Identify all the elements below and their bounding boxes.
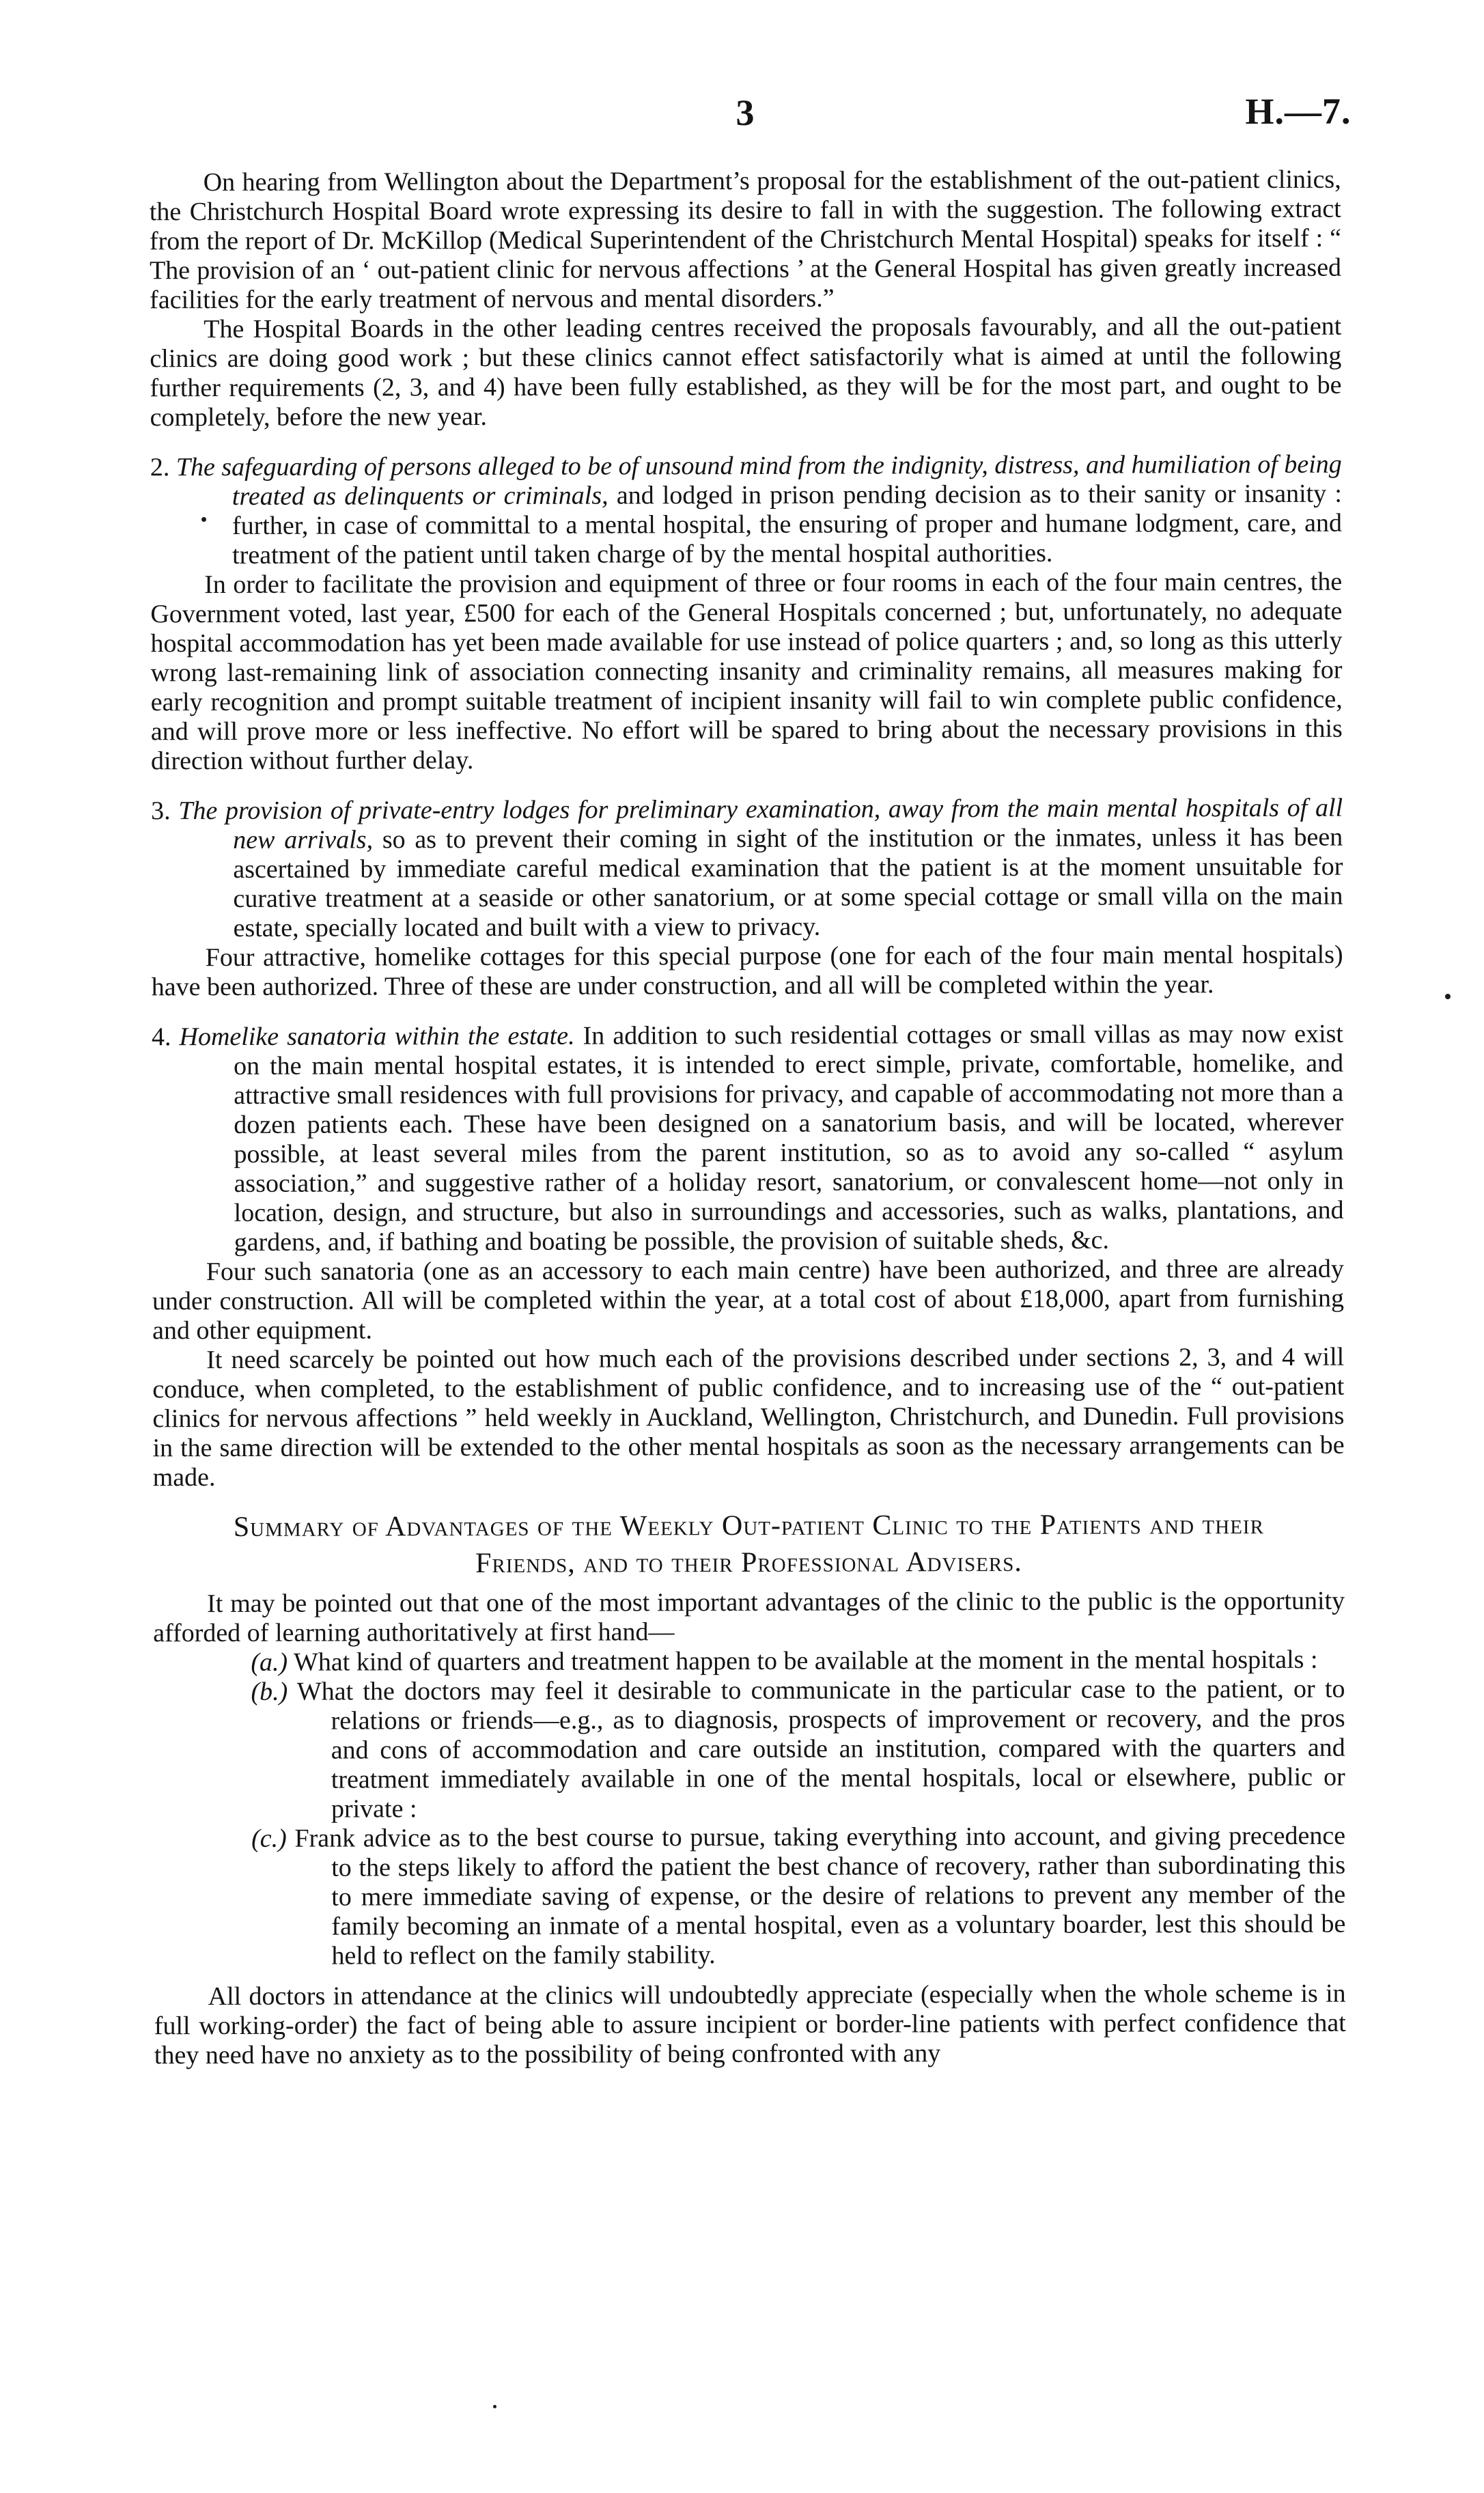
list-item-b: (b.) What the doctors may feel it desira… bbox=[153, 1675, 1345, 1825]
numbered-item-4: 4. Homelike sanatoria within the estate.… bbox=[152, 1020, 1344, 1258]
ink-speck bbox=[1445, 994, 1451, 999]
list-item-c: (c.) Frank advice as to the best course … bbox=[154, 1822, 1346, 1972]
list-item-b-marker: (b.) bbox=[251, 1677, 288, 1706]
list-item-b-text: What the doctors may feel it desirable t… bbox=[288, 1675, 1345, 1824]
paragraph-sanatoria: Four such sanatoria (one as an accessory… bbox=[152, 1255, 1344, 1346]
document-reference: H.—7. bbox=[1245, 92, 1351, 131]
paragraph-all-doctors: All doctors in attendance at the clinics… bbox=[154, 1979, 1346, 2071]
document-body: On hearing from Wellington about the Dep… bbox=[150, 165, 1346, 2071]
paragraph-hospital-boards: The Hospital Boards in the other leading… bbox=[150, 312, 1341, 433]
paragraph-intro: On hearing from Wellington about the Dep… bbox=[150, 165, 1342, 316]
item-4-number: 4. bbox=[152, 1022, 171, 1051]
page-content: 3 H.—7. On hearing from Wellington about… bbox=[149, 0, 1346, 2070]
item-3-text: so as to prevent their coming in sight o… bbox=[233, 823, 1343, 943]
numbered-item-2: 2. The safeguarding of persons alleged t… bbox=[150, 450, 1342, 571]
item-3-number: 3. bbox=[151, 796, 171, 825]
numbered-item-3: 3. The provision of private-entry lodges… bbox=[151, 794, 1343, 944]
paragraph-pointed-out: It may be pointed out that one of the mo… bbox=[153, 1587, 1345, 1649]
scanned-document-page: 3 H.—7. On hearing from Wellington about… bbox=[0, 0, 1484, 2493]
item-4-text: In addition to such residential cottages… bbox=[234, 1020, 1344, 1257]
list-item-a-marker: (a.) bbox=[251, 1648, 288, 1677]
list-item-a-text: What kind of quarters and treatment happ… bbox=[288, 1645, 1317, 1677]
paragraph-conduce: It need scarcely be pointed out how much… bbox=[152, 1343, 1345, 1493]
page-number: 3 bbox=[149, 92, 1341, 135]
list-item-c-marker: (c.) bbox=[251, 1824, 287, 1853]
section-heading-summary: Summary of Advantages of the Weekly Out-… bbox=[180, 1506, 1317, 1583]
list-item-c-text: Frank advice as to the best course to pu… bbox=[287, 1822, 1346, 1970]
page-header: 3 H.—7. bbox=[149, 92, 1341, 137]
paragraph-cottages: Four attractive, homelike cottages for t… bbox=[152, 941, 1343, 1003]
ink-speck bbox=[493, 2405, 496, 2408]
ink-speck bbox=[201, 517, 206, 522]
item-4-lead-italic: Homelike sanatoria within the estate. bbox=[179, 1022, 574, 1052]
item-2-number: 2. bbox=[150, 453, 170, 482]
list-item-a: (a.) What kind of quarters and treatment… bbox=[153, 1645, 1345, 1678]
paragraph-facilitate: In order to facilitate the provision and… bbox=[150, 568, 1343, 777]
